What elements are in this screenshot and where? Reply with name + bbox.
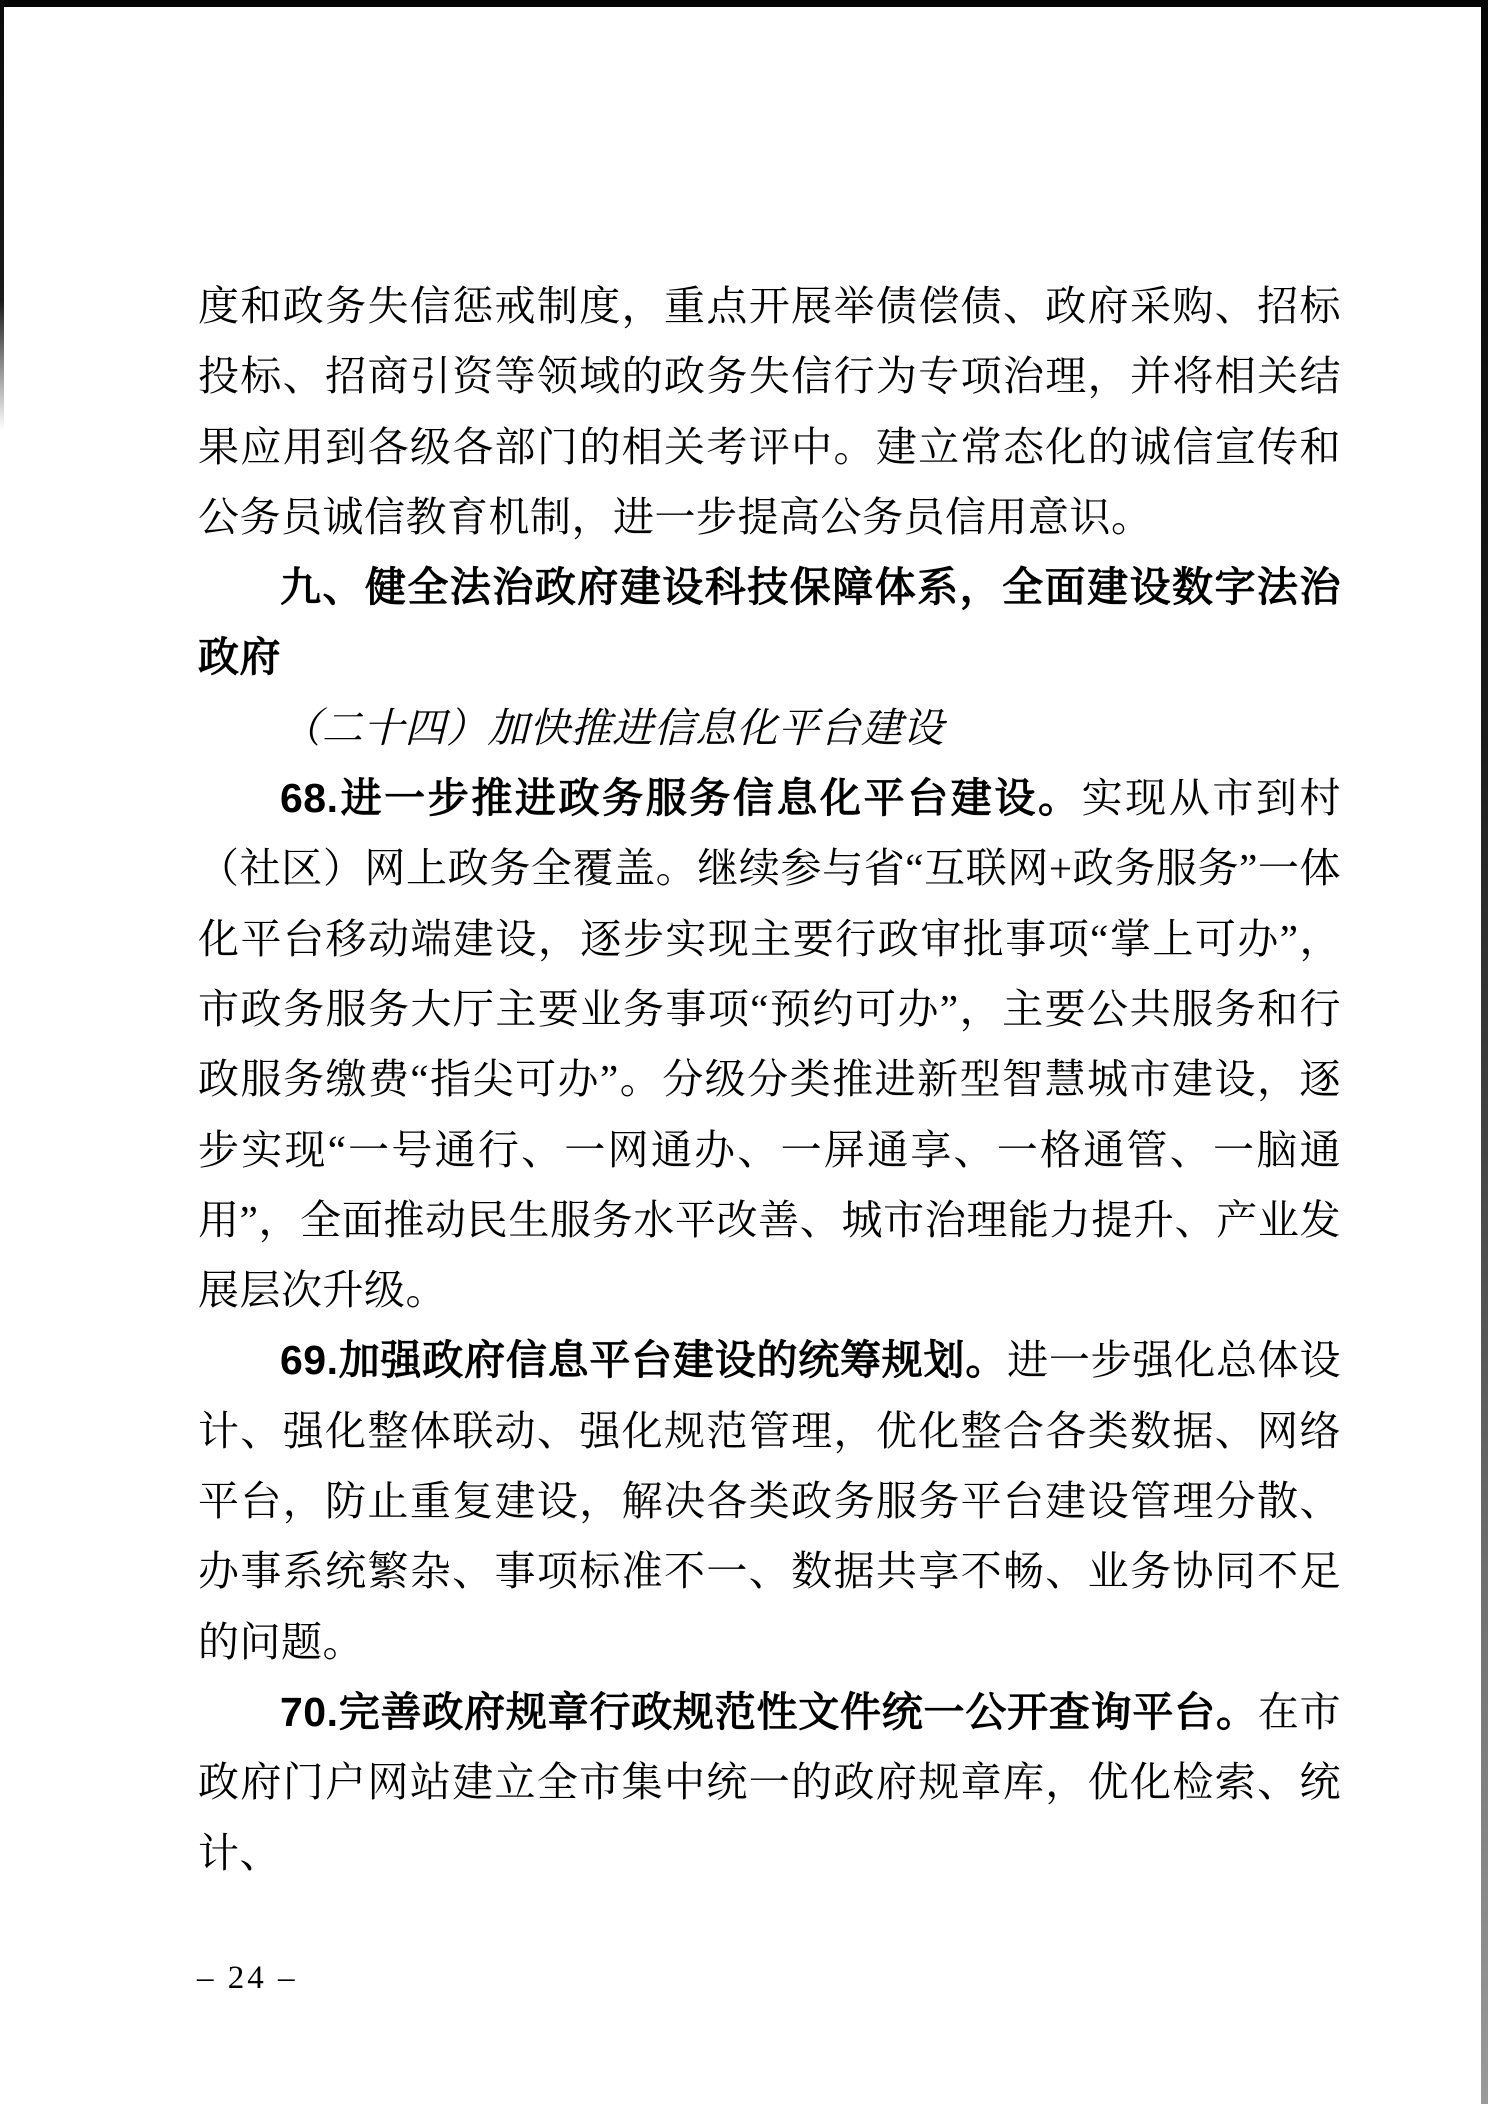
text-segment-normal: 度和政务失信惩戒制度，重点开展举债偿债、政府采购、招标投标、招商引资等领域的政务…: [198, 283, 1341, 540]
text-segment-normal: 进一步强化总体设计、强化整体联动、强化规范管理，优化整合各类数据、网络平台，防止…: [198, 1337, 1341, 1664]
paragraph-sub-heading-2: （二十四）加快推进信息化平台建设: [198, 693, 1341, 763]
paragraph-body-0: 度和政务失信惩戒制度，重点开展举债偿债、政府采购、招标投标、招商引资等领域的政务…: [198, 271, 1341, 552]
scan-edge-left: [0, 0, 4, 430]
document-page: 度和政务失信惩戒制度，重点开展举债偿债、政府采购、招标投标、招商引资等领域的政务…: [0, 0, 1488, 2104]
text-segment-bold-lead: 69.加强政府信息平台建设的统筹规划。: [280, 1337, 1007, 1383]
paragraph-item-4: 69.加强政府信息平台建设的统筹规划。进一步强化总体设计、强化整体联动、强化规范…: [198, 1325, 1341, 1676]
text-segment-kaiti: （二十四）加快推进信息化平台建设: [280, 705, 944, 751]
scan-edge-right: [1481, 0, 1488, 2104]
paragraph-item-5: 70.完善政府规章行政规范性文件统一公开查询平台。在市政府门户网站建立全市集中统…: [198, 1677, 1341, 1888]
text-segment-bold-lead: 68.进一步推进政务服务信息化平台建设。: [280, 775, 1082, 821]
document-body: 度和政务失信惩戒制度，重点开展举债偿债、政府采购、招标投标、招商引资等领域的政务…: [198, 271, 1341, 1888]
text-segment-bold: 九、健全法治政府建设科技保障体系，全面建设数字法治政府: [198, 564, 1341, 680]
text-segment-bold-lead: 70.完善政府规章行政规范性文件统一公开查询平台。: [280, 1689, 1258, 1735]
page-number: – 24 –: [197, 1958, 298, 1998]
paragraph-section-heading-1: 九、健全法治政府建设科技保障体系，全面建设数字法治政府: [198, 552, 1341, 693]
text-segment-normal: 实现从市到村（社区）网上政务全覆盖。继续参与省“互联网+政务服务”一体化平台移动…: [198, 775, 1341, 1313]
paragraph-item-3: 68.进一步推进政务服务信息化平台建设。实现从市到村（社区）网上政务全覆盖。继续…: [198, 763, 1341, 1325]
scan-edge-top: [0, 0, 1488, 7]
